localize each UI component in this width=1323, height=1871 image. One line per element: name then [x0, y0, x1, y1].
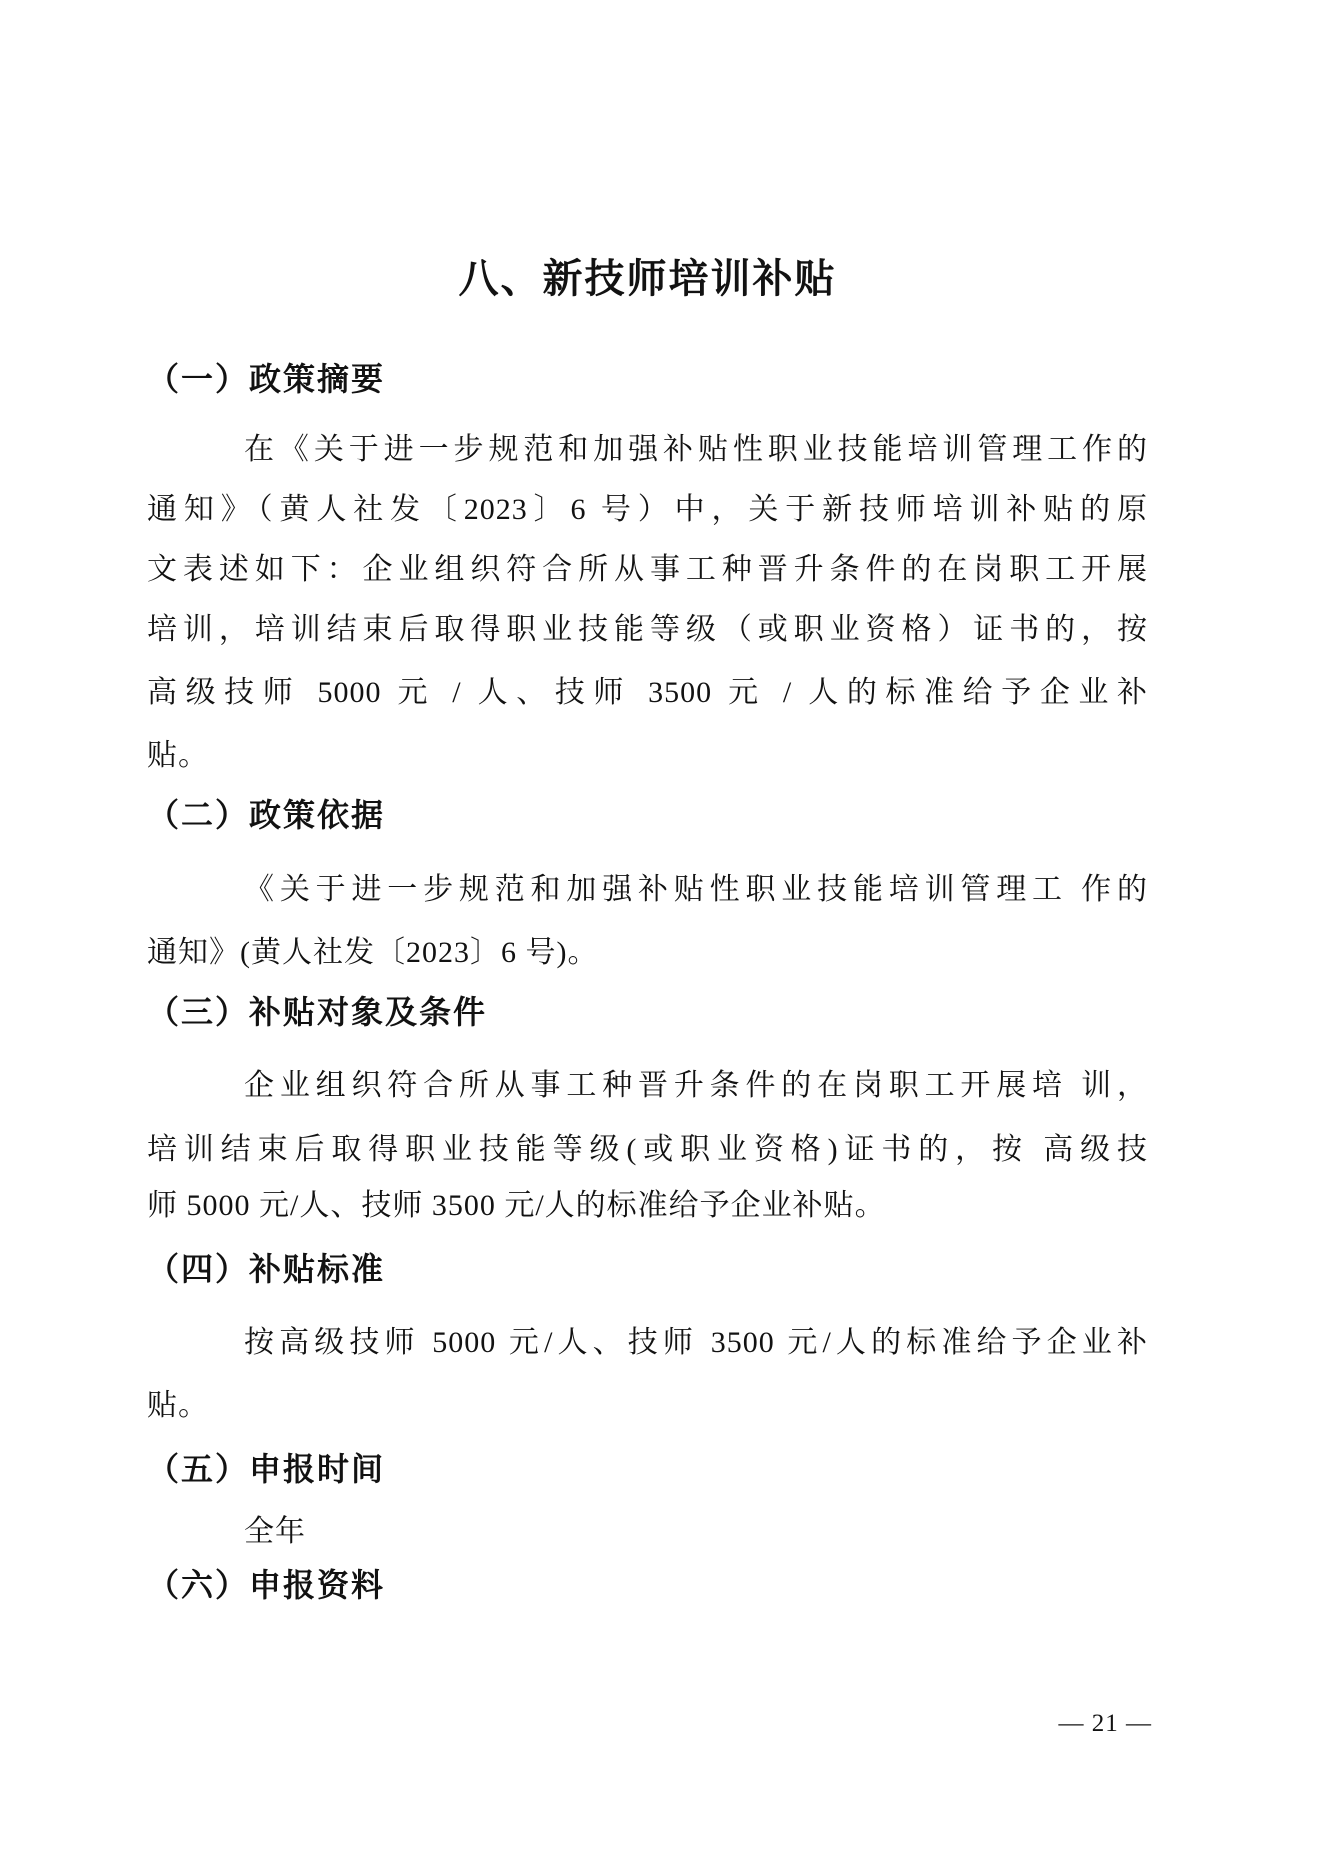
- body-line: 通知》(黄人社发〔2023〕6 号)。: [147, 935, 1148, 971]
- body-line: 培训结束后取得职业技能等级(或职业资格)证书的，按 高级技: [147, 1132, 1148, 1168]
- page-number: — 21 —: [147, 1710, 1152, 1738]
- body-line: 在《关于进一步规范和加强补贴性职业技能培训管理工作的: [147, 432, 1148, 468]
- body-line: 贴。: [147, 738, 1148, 774]
- section-6-heading: （六）申报资料: [147, 1566, 1148, 1604]
- body-line: 贴。: [147, 1388, 1148, 1424]
- section-3-heading: （三）补贴对象及条件: [147, 993, 1148, 1031]
- page-title: 八、新技师培训补贴: [147, 255, 1148, 303]
- section-4-heading: （四）补贴标准: [147, 1250, 1148, 1288]
- body-line: 企业组织符合所从事工种晋升条件的在岗职工开展培 训，: [147, 1068, 1148, 1104]
- section-5-heading: （五）申报时间: [147, 1450, 1148, 1488]
- body-line: 《关于进一步规范和加强补贴性职业技能培训管理工 作的: [147, 872, 1148, 908]
- body-line: 全年: [147, 1514, 1148, 1550]
- section-2-heading: （二）政策依据: [147, 796, 1148, 834]
- body-line: 按高级技师 5000 元/人、技师 3500 元/人的标准给予企业补: [147, 1325, 1148, 1361]
- body-line: 通知》（黄人社发〔2023〕6 号）中，关于新技师培训补贴的原: [147, 492, 1148, 528]
- document-page: 八、新技师培训补贴 （一）政策摘要 在《关于进一步规范和加强补贴性职业技能培训管…: [0, 0, 1323, 1871]
- body-line: 高级技师 5000 元 / 人、技师 3500 元 / 人的标准给予企业补: [147, 675, 1148, 711]
- section-1-heading: （一）政策摘要: [147, 360, 1148, 398]
- body-line: 文表述如下：企业组织符合所从事工种晋升条件的在岗职工开展: [147, 552, 1148, 588]
- body-line: 师 5000 元/人、技师 3500 元/人的标准给予企业补贴。: [147, 1188, 1148, 1224]
- body-line: 培训，培训结束后取得职业技能等级（或职业资格）证书的，按: [147, 612, 1148, 648]
